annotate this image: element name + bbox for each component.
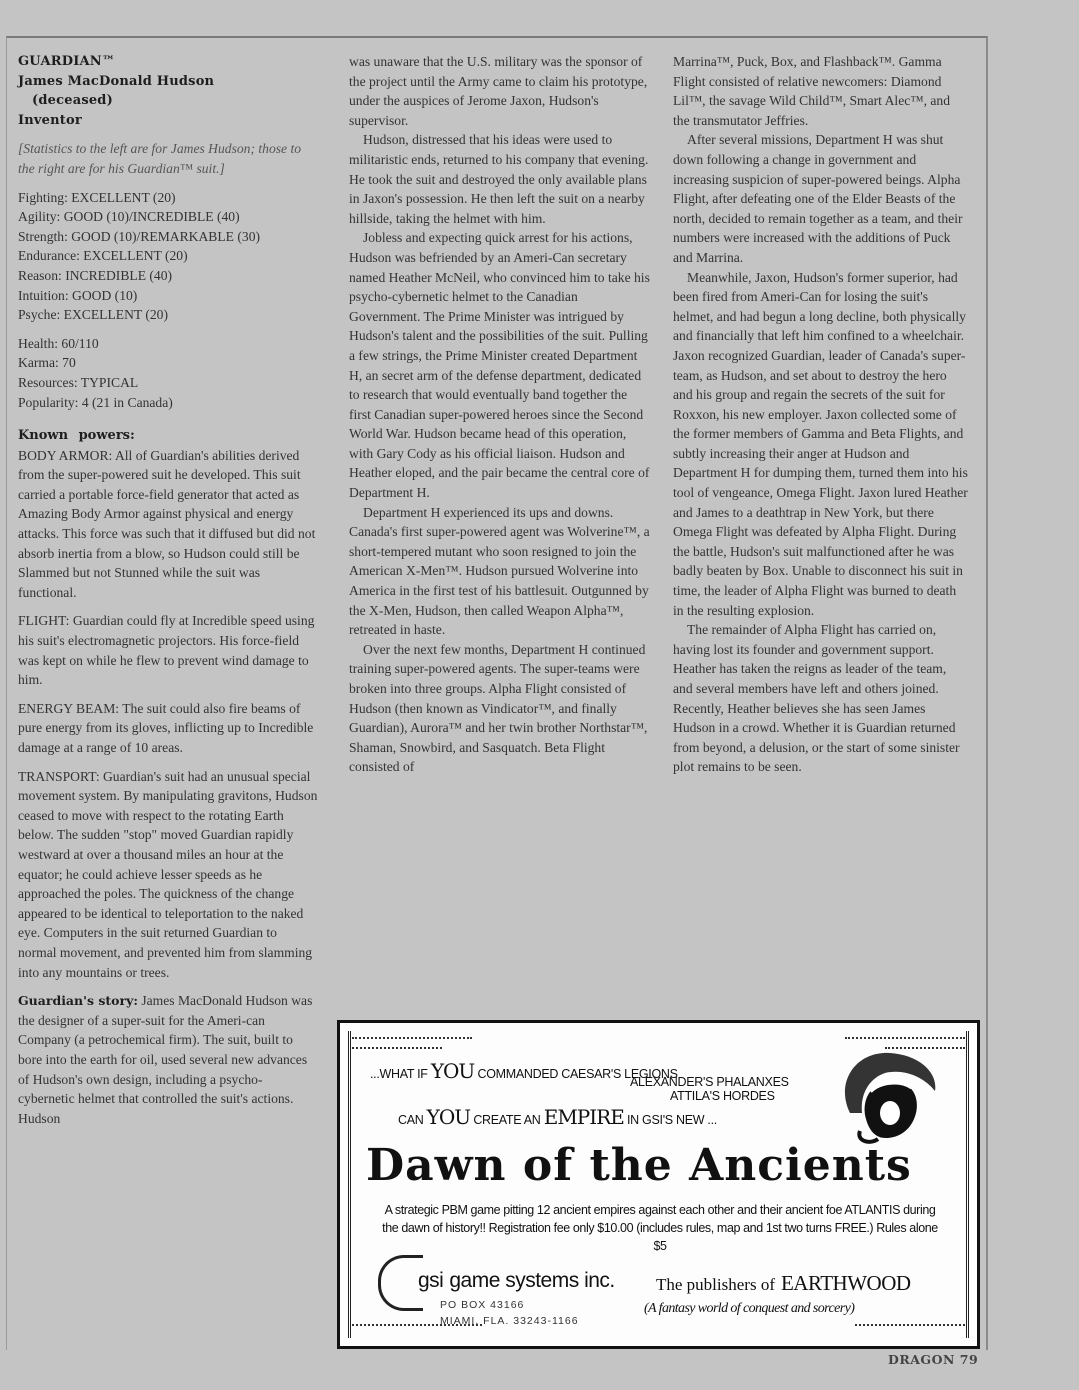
entry-status: (deceased): [18, 91, 318, 111]
story-paragraph: Over the next few months, Department H c…: [349, 640, 651, 777]
ad-title: Dawn of the Ancients: [366, 1141, 966, 1191]
power-energy-beam: ENERGY BEAM: The suit could also fire be…: [18, 699, 318, 758]
story-paragraph: Marrina™, Puck, Box, and Flashback™. Gam…: [673, 52, 969, 130]
spartan-helmet-icon: [830, 1043, 950, 1148]
stat-health: Health: 60/110: [18, 334, 318, 354]
stat-popularity: Popularity: 4 (21 in Canada): [18, 393, 318, 413]
page-folio: DRAGON 79: [888, 1352, 978, 1367]
story-lead-text: James MacDonald Hudson was the designer …: [18, 993, 312, 1126]
power-transport: TRANSPORT: Guardian's suit had an unusua…: [18, 767, 318, 983]
ad-ornament: [352, 1047, 442, 1049]
column-left: GUARDIAN™ James MacDonald Hudson (deceas…: [18, 52, 318, 1128]
ad-ornament: [855, 1324, 965, 1326]
stat-strength: Strength: GOOD (10)/REMARKABLE (30): [18, 227, 318, 247]
entry-real-name: James MacDonald Hudson: [18, 72, 318, 92]
story-heading: Guardian's story:: [18, 993, 138, 1008]
ad-tagline: (A fantasy world of conquest and sorcery…: [644, 1301, 854, 1317]
stat-resources: Resources: TYPICAL: [18, 373, 318, 393]
story-paragraph: After several missions, Department H was…: [673, 130, 969, 267]
secondary-stats: Health: 60/110 Karma: 70 Resources: TYPI…: [18, 334, 318, 412]
story-intro: Guardian's story: James MacDonald Hudson…: [18, 991, 318, 1128]
column-right: Marrina™, Puck, Box, and Flashback™. Gam…: [673, 52, 969, 777]
stat-agility: Agility: GOOD (10)/INCREDIBLE (40): [18, 207, 318, 227]
ad-description: A strategic PBM game pitting 12 ancient …: [380, 1201, 940, 1255]
ad-headline-line3: Attila's Hordes: [670, 1089, 775, 1103]
column-middle: was unaware that the U.S. military was t…: [349, 52, 651, 777]
stats-note: [Statistics to the left are for James Hu…: [18, 139, 318, 178]
advertisement-dawn-of-the-ancients: ...what if YOU commanded Caesar's Legion…: [337, 1020, 980, 1349]
stat-intuition: Intuition: GOOD (10): [18, 286, 318, 306]
entry-name: GUARDIAN™: [18, 52, 318, 72]
stat-psyche: Psyche: EXCELLENT (20): [18, 305, 318, 325]
story-paragraph: Department H experienced its ups and dow…: [349, 503, 651, 640]
ad-headline-line2: Alexander's Phalanxes: [630, 1075, 789, 1089]
power-flight: FLIGHT: Guardian could fly at Incredible…: [18, 611, 318, 689]
story-paragraph: was unaware that the U.S. military was t…: [349, 52, 651, 130]
ad-address-line1: PO BOX 43166: [440, 1299, 524, 1311]
story-paragraph: Meanwhile, Jaxon, Hudson's former superi…: [673, 268, 969, 621]
entry-occupation: Inventor: [18, 111, 318, 131]
stat-karma: Karma: 70: [18, 353, 318, 373]
stat-endurance: Endurance: EXCELLENT (20): [18, 246, 318, 266]
stat-fighting: Fighting: EXCELLENT (20): [18, 188, 318, 208]
story-paragraph: Jobless and expecting quick arrest for h…: [349, 228, 651, 502]
powers-heading: Known powers:: [18, 426, 318, 446]
ad-headline-line4: can YOU create an EMPIRE in GSI's new ..…: [398, 1105, 717, 1129]
story-paragraph: Hudson, distressed that his ideas were u…: [349, 130, 651, 228]
gsi-logo-icon: [378, 1255, 423, 1311]
ad-ornament: [845, 1037, 965, 1039]
stats-list: Fighting: EXCELLENT (20) Agility: GOOD (…: [18, 188, 318, 325]
story-paragraph: The remainder of Alpha Flight has carrie…: [673, 620, 969, 777]
ad-address-line2: MIAMI, FLA. 33243-1166: [440, 1315, 579, 1327]
ad-publisher: The publishers ofEARTHWOOD: [656, 1271, 911, 1296]
stat-reason: Reason: INCREDIBLE (40): [18, 266, 318, 286]
ad-company-name: gsigame systems inc.: [418, 1269, 615, 1293]
power-body-armor: BODY ARMOR: All of Guardian's abilities …: [18, 446, 318, 603]
ad-ornament: [352, 1037, 472, 1039]
